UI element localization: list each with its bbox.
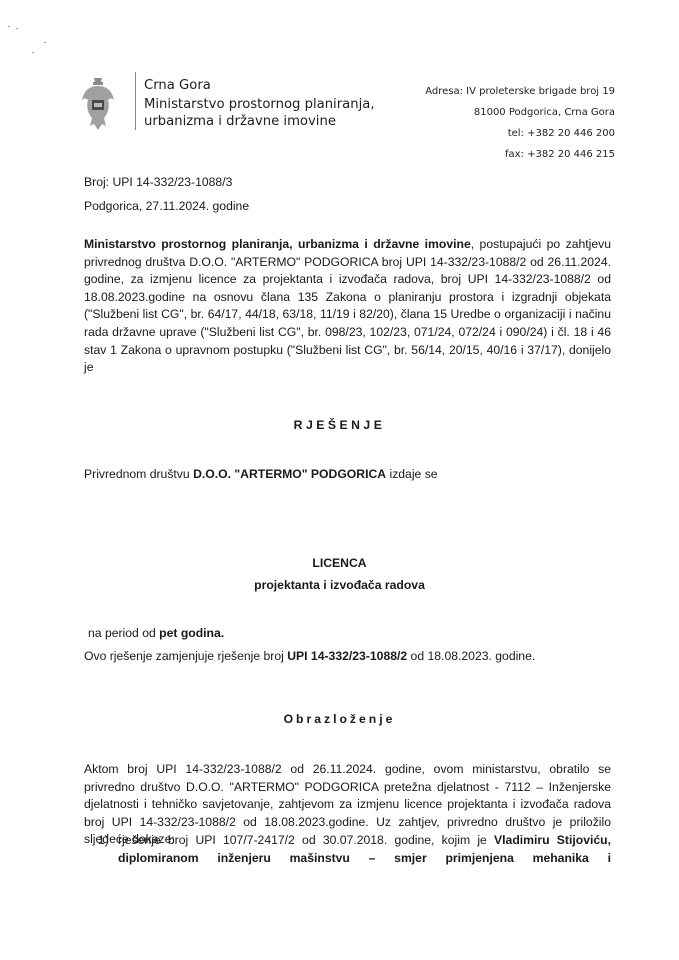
company-name: D.O.O. "ARTERMO" PODGORICA: [193, 467, 386, 481]
license-subtitle: projektanta i izvođača radova: [0, 578, 679, 592]
scan-speck: [44, 42, 46, 43]
list-number: 1): [98, 832, 109, 850]
evidence-list-item: 1) rješenje broj UPI 107/7-2417/2 od 30.…: [118, 832, 611, 867]
contact-block: Adresa: IV proleterske brigade broj 19 8…: [425, 81, 615, 165]
address-line: Adresa: IV proleterske brigade broj 19: [425, 81, 615, 102]
license-title: LICENCA: [0, 556, 679, 570]
intro-bold-lead: Ministarstvo prostornog planiranja, urba…: [84, 237, 471, 251]
intro-text: , postupajući po zahtjevu privrednog dru…: [84, 237, 611, 374]
list-item-text: rješenje broj UPI 107/7-2417/2 od 30.07.…: [118, 833, 494, 847]
fax-line: fax: +382 20 446 215: [425, 144, 615, 165]
decision-line: Privrednom društvu D.O.O. "ARTERMO" PODG…: [84, 467, 438, 481]
montenegro-coat-of-arms-icon: [80, 76, 116, 132]
place-date: Podgorica, 27.11.2024. godine: [84, 194, 249, 218]
replace-prefix: Ovo rješenje zamjenjuje rješenje broj: [84, 649, 287, 663]
decision-suffix: izdaje se: [386, 467, 438, 481]
letterhead-divider: [135, 72, 136, 130]
scan-speck: [32, 52, 34, 53]
scan-speck: [16, 28, 18, 29]
license-period: na period od pet godina.: [88, 626, 224, 640]
city-line: 81000 Podgorica, Crna Gora: [425, 102, 615, 123]
ministry-line-1: Ministarstvo prostornog planiranja,: [144, 96, 375, 113]
replaced-decision-number: UPI 14-332/23-1088/2: [287, 649, 407, 663]
ministry-line-2: urbanizma i državne imovine: [144, 113, 375, 130]
period-prefix: na period od: [88, 626, 159, 640]
document-number: Broj: UPI 14-332/23-1088/3: [84, 170, 249, 194]
intro-paragraph: Ministarstvo prostornog planiranja, urba…: [84, 236, 611, 377]
phone-line: tel: +382 20 446 200: [425, 123, 615, 144]
ministry-name: Crna Gora Ministarstvo prostornog planir…: [144, 77, 375, 130]
decision-heading: RJEŠENJE: [0, 418, 679, 432]
scan-speck: [8, 26, 10, 27]
document-meta: Broj: UPI 14-332/23-1088/3 Podgorica, 27…: [84, 170, 249, 218]
reasoning-heading: Obrazloženje: [0, 712, 679, 726]
replacement-note: Ovo rješenje zamjenjuje rješenje broj UP…: [84, 649, 535, 663]
decision-prefix: Privrednom društvu: [84, 467, 193, 481]
replace-suffix: od 18.08.2023. godine.: [407, 649, 535, 663]
period-value: pet godina.: [159, 626, 224, 640]
country-name: Crna Gora: [144, 77, 375, 94]
